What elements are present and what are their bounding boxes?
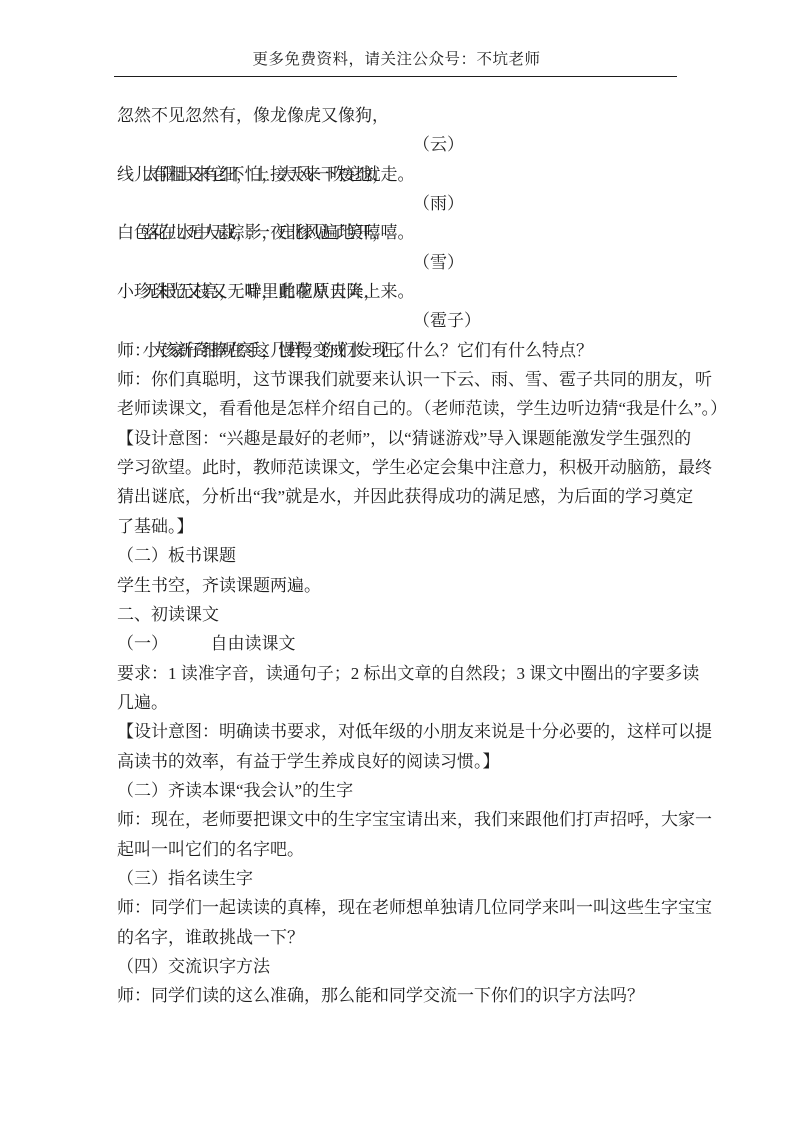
- design-intent-line: 【设计意图：明确读书要求，对低年级的小朋友来说是十分必要的，这样可以提: [117, 717, 697, 746]
- riddle-line: 小孩新奇捧在手，慢慢变成水一汪。 （雹子）: [117, 306, 697, 335]
- section-heading: （一） 自由读课文: [117, 629, 697, 658]
- design-intent-line: 了基础。】: [117, 512, 697, 541]
- section-heading: （四）交流识字方法: [117, 952, 697, 981]
- riddle-line: 白色花儿无人栽，一夜北风遍地开，: [117, 218, 697, 247]
- design-intent-line: 学习欲望。此时，教师范读课文，学生必定会集中注意力，积极开动脑筋，最终: [117, 453, 697, 482]
- document-line: 学生书空，齐读课题两遍。: [117, 571, 697, 600]
- design-intent-line: 猜出谜底，分析出“我”就是水，并因此获得成功的满足感，为后面的学习奠定: [117, 482, 697, 511]
- teacher-script-line: 师：现在，老师要把课文中的生字宝宝请出来，我们来跟他们打声招呼，大家一: [117, 805, 697, 834]
- section-heading: （二）齐读本课“我会认”的生字: [117, 776, 697, 805]
- riddle-line: 太阳出来它不怕，大风一吹它就走。 （云）: [117, 130, 697, 159]
- riddle-line: 无根无枝又无叶，此花原自天上来。 （雪）: [117, 248, 697, 277]
- teacher-script-line: 老师读课文，看看他是怎样介绍自己的。（老师范读，学生边听边猜“我是什么”。）: [117, 394, 697, 423]
- design-intent-line: 【设计意图：“兴趣是最好的老师”，以“猜谜游戏”导入课题能激发学生强烈的: [117, 424, 697, 453]
- riddle-answer: （云）: [413, 130, 464, 159]
- document-line: 几遍。: [117, 688, 697, 717]
- riddle-answer: （雨）: [413, 189, 464, 218]
- header-divider: [114, 76, 677, 77]
- teacher-script-line: 师：同学们一起读读的真棒，现在老师想单独请几位同学来叫一叫这些生字宝宝: [117, 893, 697, 922]
- teacher-script-line: 的名字，谁敢挑战一下？: [117, 923, 697, 952]
- riddle-line: 小珍珠光又亮， 噼里啪啦从天降，: [117, 277, 697, 306]
- header-promo-text: 更多免费资料，请关注公众号：不坑老师: [0, 50, 793, 70]
- teacher-script-line: 师：大家仔细观察这几样，你们发现了什么？它们有什么特点？: [117, 336, 697, 365]
- section-heading: （二）板书课题: [117, 541, 697, 570]
- riddle-line: 落在水中无踪影，庄稼见了笑嘻嘻。 （雨）: [117, 189, 697, 218]
- riddle-answer: （雪）: [413, 248, 464, 277]
- document-line: 要求：1 读准字音，读通句子；2 标出文章的自然段；3 课文中圈出的字要多读: [117, 659, 697, 688]
- teacher-script-line: 师：你们真聪明，这节课我们就要来认识一下云、雨、雪、雹子共同的朋友，听: [117, 365, 697, 394]
- riddle-line: 线儿有粗又有细，上接天来下接地，: [117, 160, 697, 189]
- teacher-script-line: 起叫一叫它们的名字吧。: [117, 835, 697, 864]
- teacher-script-line: 师：同学们读的这么准确，那么能和同学交流一下你们的识字方法吗？: [117, 981, 697, 1010]
- section-heading: （三）指名读生字: [117, 864, 697, 893]
- document-page: 更多免费资料，请关注公众号：不坑老师 忽然不见忽然有，像龙像虎又像狗， 太阳出来…: [0, 0, 793, 1122]
- riddle-answer: （雹子）: [413, 306, 481, 335]
- riddle-line: 忽然不见忽然有，像龙像虎又像狗，: [117, 101, 697, 130]
- design-intent-line: 高读书的效率，有益于学生养成良好的阅读习惯。】: [117, 747, 697, 776]
- section-heading: 二、初读课文: [117, 600, 697, 629]
- document-body: 忽然不见忽然有，像龙像虎又像狗， 太阳出来它不怕，大风一吹它就走。 （云） 线儿…: [117, 101, 697, 1011]
